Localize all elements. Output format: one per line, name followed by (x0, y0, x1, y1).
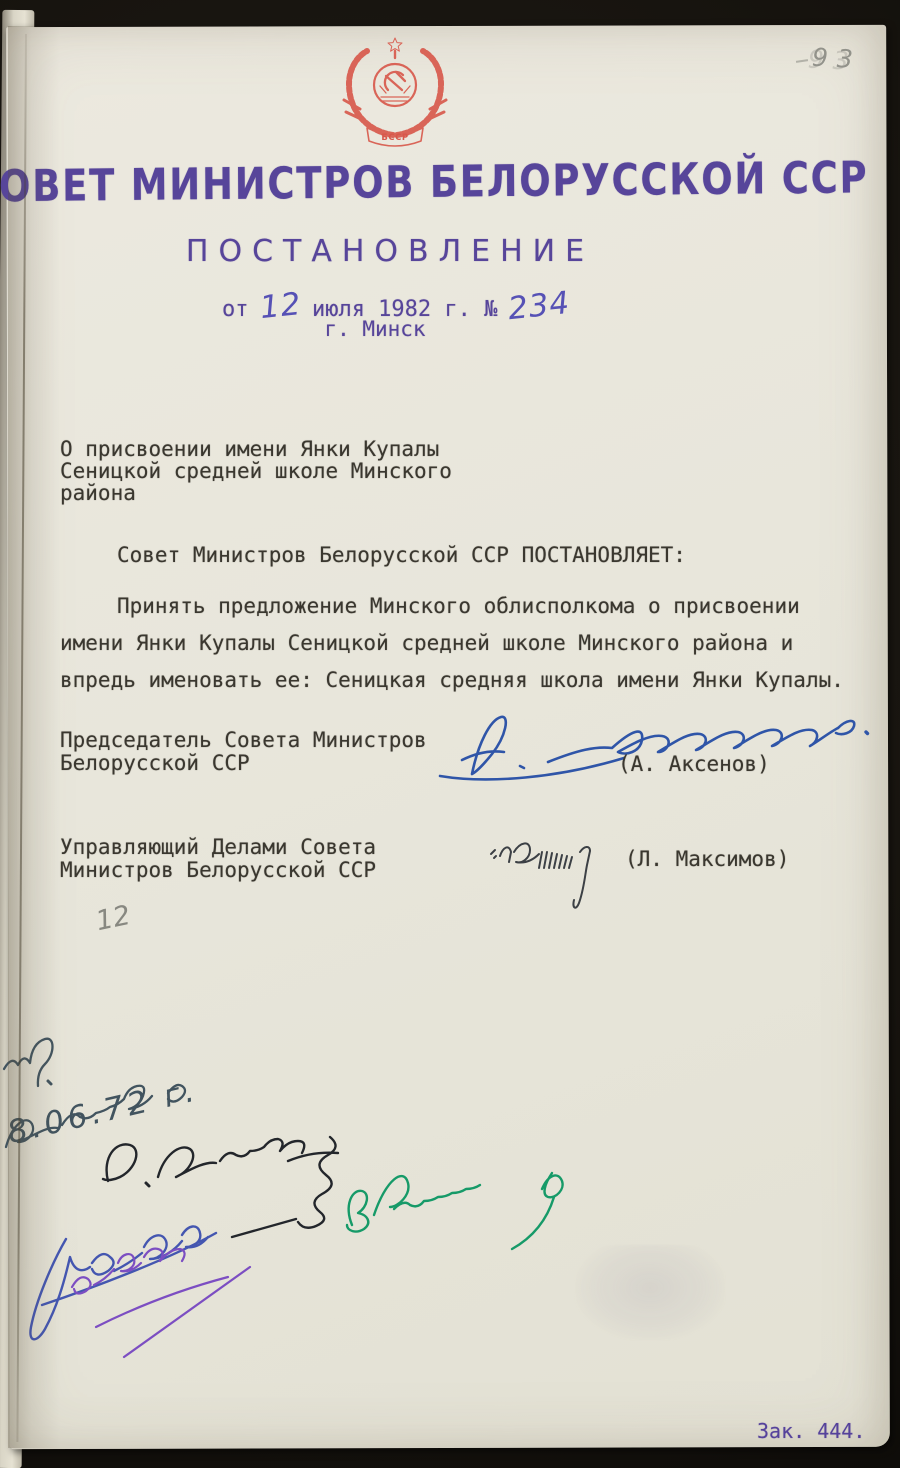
resolution-paragraph: Принять предложение Минского облисполком… (60, 588, 844, 699)
paragraph-line: впредь именовать ее: Сеницкая средняя шк… (60, 662, 844, 699)
paragraph-line: имени Янки Купалы Сеницкой средней школе… (60, 625, 844, 662)
aksenov-signature (428, 700, 873, 795)
chairman-title-line: Председатель Совета Министров (60, 729, 427, 752)
ink-bleed-through (575, 1245, 725, 1340)
administrator-printed-name: (Л. Максимов) (625, 847, 789, 871)
document-type-title: ПОСТАНОВЛЕНИЕ (150, 234, 630, 269)
chairman-printed-name: (А. Аксенов) (618, 752, 770, 776)
administrator-title: Управляющий Делами Совета Министров Бело… (60, 836, 376, 882)
pencil-page-number: 93 (811, 43, 862, 75)
chairman-title: Председатель Совета Министров Белорусско… (60, 729, 427, 775)
subject-line: О присвоении имени Янки Купалы (60, 438, 452, 460)
danilov-signature (103, 1137, 338, 1237)
approval-signatures (0, 995, 620, 1370)
print-order-number: Зак. 444. (757, 1419, 865, 1443)
glazov-signature (30, 1226, 216, 1339)
administrator-title-line: Министров Белорусской ССР (60, 859, 376, 882)
subject-line: района (60, 482, 452, 504)
resolution-intro: Совет Министров Белорусской ССР ПОСТАНОВ… (117, 543, 686, 567)
date-prefix: от (222, 297, 249, 322)
subject-line: Сеницкой средней школе Минского (60, 460, 452, 482)
letterhead-organization: СОВЕТ МИНИСТРОВ БЕЛОРУССКОЙ ССР (0, 152, 869, 212)
rising-sun-rays (380, 86, 410, 101)
violet-signature (72, 1249, 250, 1357)
subject-block: О присвоении имени Янки Купалы Сеницкой … (60, 438, 452, 504)
city-line: г. Минск (290, 317, 460, 341)
maksimov-signature (488, 832, 623, 912)
handwritten-doc-number: 234 (507, 285, 573, 327)
star-icon (388, 38, 402, 51)
paragraph-line: Принять предложение Минского облисполком… (117, 588, 844, 625)
administrator-title-line: Управляющий Делами Совета (60, 836, 376, 859)
chairman-title-line: Белорусской ССР (60, 752, 427, 775)
scanned-document: БССР СОВЕТ МИНИСТРОВ БЕЛОРУССКОЙ ССР ПОС… (0, 0, 900, 1468)
emblem-banner-label: БССР (381, 133, 408, 143)
bssr-coat-of-arms: БССР (336, 36, 454, 152)
green-signature (347, 1173, 563, 1249)
